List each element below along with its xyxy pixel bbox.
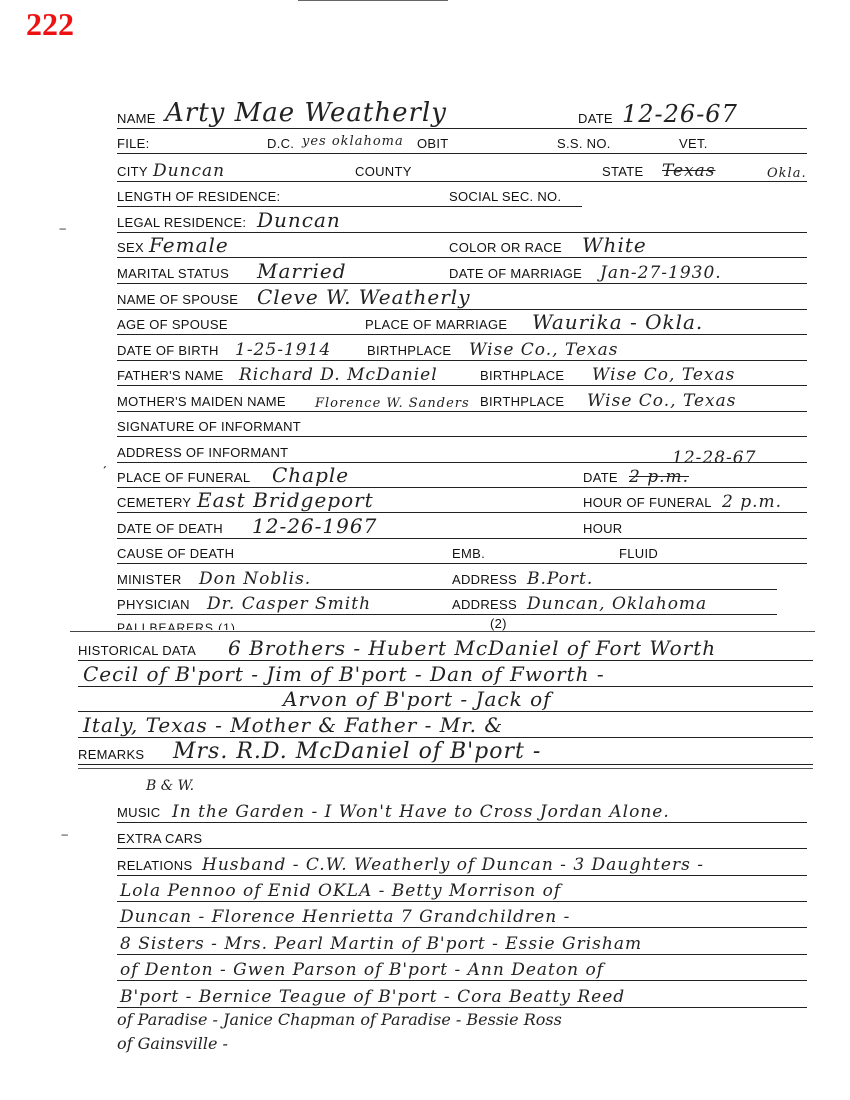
minister-address-value: B.Port. xyxy=(527,569,593,589)
minister-address-label: ADDRESS xyxy=(452,572,517,587)
remarks-line: B & W. xyxy=(146,778,194,794)
relations-line: B'port - Bernice Teague of B'port - Cora… xyxy=(120,987,625,1007)
state-value: Okla. xyxy=(767,166,807,181)
row-relations-1: RELATIONS Husband - C.W. Weatherly of Du… xyxy=(117,853,807,876)
emb-label: EMB. xyxy=(452,546,485,561)
relations-line: of Paradise - Janice Chapman of Paradise… xyxy=(117,1010,562,1029)
county-label: COUNTY xyxy=(355,164,412,179)
date-of-death-label: DATE OF DEATH xyxy=(117,521,223,536)
historical-data-line: 6 Brothers - Hubert McDaniel of Fort Wor… xyxy=(228,636,716,660)
birthplace-label: BIRTHPLACE xyxy=(367,343,451,358)
mothers-maiden-name-label: MOTHER'S MAIDEN NAME xyxy=(117,394,286,409)
place-of-funeral-value: Chaple xyxy=(272,463,349,487)
father-birthplace-label: BIRTHPLACE xyxy=(480,368,564,383)
state-struck-value: Texas xyxy=(662,161,716,181)
address-of-informant-label: ADDRESS OF INFORMANT xyxy=(117,445,288,460)
top-rule xyxy=(298,0,448,1)
fathers-name-label: FATHER'S NAME xyxy=(117,368,224,383)
row-relations-4: 8 Sisters - Mrs. Pearl Martin of B'port … xyxy=(117,932,807,955)
row-address-of-informant: ADDRESS OF INFORMANT 12-28-67 xyxy=(117,440,807,463)
margin-tick: ˊ xyxy=(102,465,107,483)
music-label: MUSIC xyxy=(117,805,160,820)
row-music: MUSIC In the Garden - I Won't Have to Cr… xyxy=(117,800,807,823)
cemetery-value: East Bridgeport xyxy=(197,488,374,512)
name-value: Arty Mae Weatherly xyxy=(165,98,447,128)
row-relations-3: Duncan - Florence Henrietta 7 Grandchild… xyxy=(117,905,807,928)
row-relations-6: B'port - Bernice Teague of B'port - Cora… xyxy=(117,985,807,1008)
minister-label: MINISTER xyxy=(117,572,182,587)
margin-mark: ‾ xyxy=(62,834,67,852)
historical-data-line: Cecil of B'port - Jim of B'port - Dan of… xyxy=(83,662,605,686)
row-relations-2: Lola Pennoo of Enid OKLA - Betty Morriso… xyxy=(117,879,807,902)
hour-label: HOUR xyxy=(583,521,622,536)
row-physician: PHYSICIAN Dr. Casper Smith ADDRESS Dunca… xyxy=(117,592,777,615)
date-of-birth-label: DATE OF BIRTH xyxy=(117,343,219,358)
father-birthplace-value: Wise Co, Texas xyxy=(592,365,735,385)
name-of-spouse-label: NAME OF SPOUSE xyxy=(117,292,238,307)
city-label: CITY xyxy=(117,164,148,179)
row-historical-data-2: Cecil of B'port - Jim of B'port - Dan of… xyxy=(78,664,813,687)
row-legal-residence: LEGAL RESIDENCE: Duncan xyxy=(117,210,807,233)
row-relations-5: of Denton - Gwen Parson of B'port - Ann … xyxy=(117,958,807,981)
physician-value: Dr. Casper Smith xyxy=(207,594,371,614)
row-remarks: REMARKS Mrs. R.D. McDaniel of B'port - xyxy=(78,742,813,765)
historical-data-line: Italy, Texas - Mother & Father - Mr. & xyxy=(83,713,503,737)
place-of-marriage-value: Waurika - Okla. xyxy=(532,310,703,334)
music-value: In the Garden - I Won't Have to Cross Jo… xyxy=(172,802,670,822)
mother-birthplace-value: Wise Co., Texas xyxy=(587,391,736,411)
minister-value: Don Noblis. xyxy=(199,569,311,589)
row-sex: SEX Female COLOR OR RACE White xyxy=(117,235,807,258)
date-of-death-value: 12-26-1967 xyxy=(252,514,377,538)
remarks-label: REMARKS xyxy=(78,747,144,762)
name-label: NAME xyxy=(117,111,156,126)
physician-address-value: Duncan, Oklahoma xyxy=(527,594,707,614)
row-mothers-maiden-name: MOTHER'S MAIDEN NAME Florence W. Sanders… xyxy=(117,389,807,412)
physician-label: PHYSICIAN xyxy=(117,597,190,612)
file-label: FILE: xyxy=(117,136,150,151)
hour-of-funeral-label: HOUR OF FUNERAL xyxy=(583,495,712,510)
sex-label: SEX xyxy=(117,240,144,255)
historical-data-line: Arvon of B'port - Jack of xyxy=(283,687,552,711)
date-of-marriage-value: Jan-27-1930. xyxy=(600,263,722,283)
row-file: FILE: D.C. yes oklahoma OBIT S.S. NO. VE… xyxy=(117,131,807,154)
date-label: DATE xyxy=(578,111,613,126)
row-historical-data-4: Italy, Texas - Mother & Father - Mr. & xyxy=(78,715,813,738)
relations-line: Lola Pennoo of Enid OKLA - Betty Morriso… xyxy=(120,881,561,901)
row-minister: MINISTER Don Noblis. ADDRESS B.Port. xyxy=(117,567,777,590)
relations-line: Duncan - Florence Henrietta 7 Grandchild… xyxy=(120,907,570,927)
page-number: 222 xyxy=(26,6,74,43)
marital-status-label: MARITAL STATUS xyxy=(117,266,229,281)
row-name-of-spouse: NAME OF SPOUSE Cleve W. Weatherly xyxy=(117,287,807,310)
ss-no-label: S.S. NO. xyxy=(557,136,611,151)
color-or-race-label: COLOR OR RACE xyxy=(449,240,562,255)
row-date-of-birth: DATE OF BIRTH 1-25-1914 BIRTHPLACE Wise … xyxy=(117,338,807,361)
extra-cars-label: EXTRA CARS xyxy=(117,831,202,846)
place-of-marriage-label: PLACE OF MARRIAGE xyxy=(365,317,507,332)
date-of-birth-value: 1-25-1914 xyxy=(235,340,331,360)
row-cemetery: CEMETERY East Bridgeport HOUR OF FUNERAL… xyxy=(117,490,807,513)
row-marital-status: MARITAL STATUS Married DATE OF MARRIAGE … xyxy=(117,261,807,284)
relations-line: Husband - C.W. Weatherly of Duncan - 3 D… xyxy=(202,855,704,875)
cause-of-death-label: CAUSE OF DEATH xyxy=(117,546,234,561)
funeral-date-struck-value: 2 p.m. xyxy=(629,467,689,487)
fluid-label: FLUID xyxy=(619,546,658,561)
row-fathers-name: FATHER'S NAME Richard D. McDaniel BIRTHP… xyxy=(117,363,807,386)
marital-status-value: Married xyxy=(257,259,347,283)
row-length-of-residence: LENGTH OF RESIDENCE: SOCIAL SEC. NO. xyxy=(117,184,582,207)
divider xyxy=(78,768,813,769)
divider xyxy=(70,631,815,632)
dc-label: D.C. xyxy=(267,136,294,151)
age-of-spouse-label: AGE OF SPOUSE xyxy=(117,317,228,332)
row-cause-of-death: CAUSE OF DEATH EMB. FLUID xyxy=(117,541,807,564)
pallbearers-label: PALLBEARERS (1) xyxy=(117,621,236,630)
relations-line: of Denton - Gwen Parson of B'port - Ann … xyxy=(120,960,604,980)
social-sec-label: SOCIAL SEC. NO. xyxy=(449,189,561,204)
row-extra-cars: EXTRA CARS xyxy=(117,826,807,849)
row-city: CITY Duncan COUNTY STATE Texas Okla. xyxy=(117,159,807,182)
date-of-marriage-label: DATE OF MARRIAGE xyxy=(449,266,582,281)
hour-of-funeral-value: 2 p.m. xyxy=(722,492,782,512)
obit-label: OBIT xyxy=(417,136,449,151)
row-name: NAME Arty Mae Weatherly DATE 12-26-67 xyxy=(117,106,807,129)
fathers-name-value: Richard D. McDaniel xyxy=(239,365,438,385)
date-value: 12-26-67 xyxy=(622,100,738,128)
row-age-of-spouse: AGE OF SPOUSE PLACE OF MARRIAGE Waurika … xyxy=(117,312,807,335)
row-place-of-funeral: PLACE OF FUNERAL Chaple DATE 2 p.m. xyxy=(117,465,807,488)
relations-label: RELATIONS xyxy=(117,858,192,873)
historical-data-label: HISTORICAL DATA xyxy=(78,643,196,658)
row-signature-of-informant: SIGNATURE OF INFORMANT xyxy=(117,414,807,437)
row-historical-data-1: HISTORICAL DATA 6 Brothers - Hubert McDa… xyxy=(78,638,813,661)
state-label: STATE xyxy=(602,164,643,179)
relations-line: of Gainsville - xyxy=(117,1034,228,1053)
margin-mark: ‾ xyxy=(60,228,65,246)
mothers-maiden-name-value: Florence W. Sanders xyxy=(315,396,470,411)
legal-residence-value: Duncan xyxy=(257,208,341,232)
place-of-funeral-label: PLACE OF FUNERAL xyxy=(117,470,250,485)
cemetery-label: CEMETERY xyxy=(117,495,191,510)
remarks-line: Mrs. R.D. McDaniel of B'port - xyxy=(173,739,541,764)
legal-residence-label: LEGAL RESIDENCE: xyxy=(117,215,246,230)
color-or-race-value: White xyxy=(582,233,647,257)
funeral-date-label: DATE xyxy=(583,470,618,485)
city-value: Duncan xyxy=(153,161,225,181)
vet-label: VET. xyxy=(679,136,708,151)
name-of-spouse-value: Cleve W. Weatherly xyxy=(257,285,471,309)
sex-value: Female xyxy=(149,233,229,257)
signature-of-informant-label: SIGNATURE OF INFORMANT xyxy=(117,419,301,434)
row-date-of-death: DATE OF DEATH 12-26-1967 HOUR xyxy=(117,516,807,539)
dc-value: yes oklahoma xyxy=(302,134,404,149)
mother-birthplace-label: BIRTHPLACE xyxy=(480,394,564,409)
relations-line: 8 Sisters - Mrs. Pearl Martin of B'port … xyxy=(120,934,642,954)
physician-address-label: ADDRESS xyxy=(452,597,517,612)
birthplace-value: Wise Co., Texas xyxy=(469,340,618,360)
length-of-residence-label: LENGTH OF RESIDENCE: xyxy=(117,189,280,204)
row-historical-data-3: Arvon of B'port - Jack of xyxy=(78,689,813,712)
